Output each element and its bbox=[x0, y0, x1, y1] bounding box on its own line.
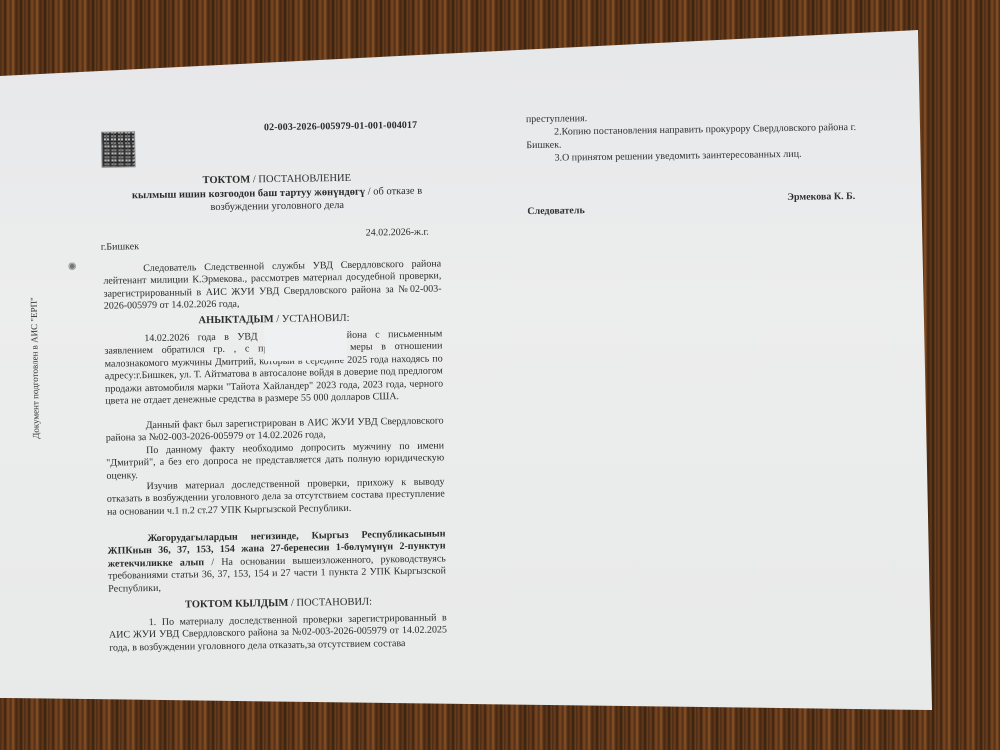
basis-paragraph: Жогорудагылардын негизинде, Кыргыз Респу… bbox=[107, 528, 446, 595]
subtitle-russian: / об отказе в bbox=[365, 186, 422, 198]
document-city: г.Бишкек bbox=[101, 241, 139, 253]
page2-item-2: 2.Копию постановления направить прокурор… bbox=[554, 122, 856, 138]
document-number: 02-003-2026-005979-01-001-004017 bbox=[264, 120, 417, 133]
document-date: 24.02.2026-ж.г. bbox=[366, 227, 429, 239]
page2-item-3: 3.О принятом решении уведомить заинтерес… bbox=[554, 149, 801, 164]
paper-sheet: 02-003-2026-005979-01-001-004017 ТОКТОМ … bbox=[0, 0, 1000, 750]
intro-paragraph: Следователь Следственной службы УВД Свер… bbox=[103, 258, 442, 313]
title-russian: / ПОСТАНОВЛЕНИЕ bbox=[250, 173, 351, 186]
resolved-heading-kyrgyz: ТОКТОМ КЫЛДЫМ bbox=[185, 598, 289, 611]
signer-role: Следователь bbox=[527, 205, 585, 217]
page2-item-2-cont: Бишкек. bbox=[526, 140, 561, 152]
redacted-area bbox=[264, 324, 347, 361]
resolved-heading-russian: / ПОСТАНОВИЛ: bbox=[288, 597, 372, 609]
resolved-heading: ТОКТОМ КЫЛДЫМ / ПОСТАНОВИЛ: bbox=[103, 595, 453, 611]
emblem-icon bbox=[68, 261, 76, 271]
established-heading-kyrgyz: АНЫКТАДЫМ bbox=[198, 314, 273, 326]
sidebar-note: Документ подготовлен в АИС "ЕРП" bbox=[29, 297, 41, 439]
page2-continuation: преступления. bbox=[526, 113, 587, 125]
document-content: 02-003-2026-005979-01-001-004017 ТОКТОМ … bbox=[0, 0, 1000, 750]
established-paragraph-4: Изучив материал доследственной проверки,… bbox=[107, 476, 446, 519]
signer-name: Эрмекова К. Б. bbox=[787, 191, 855, 203]
resolved-paragraph-1: 1. По материалу доследственной проверки … bbox=[109, 612, 448, 655]
subtitle-kyrgyz: кылмыш ишин козгоодон баш тартуу жөнүндө… bbox=[132, 187, 365, 202]
title-kyrgyz: ТОКТОМ bbox=[203, 174, 251, 186]
qr-code bbox=[102, 132, 135, 166]
